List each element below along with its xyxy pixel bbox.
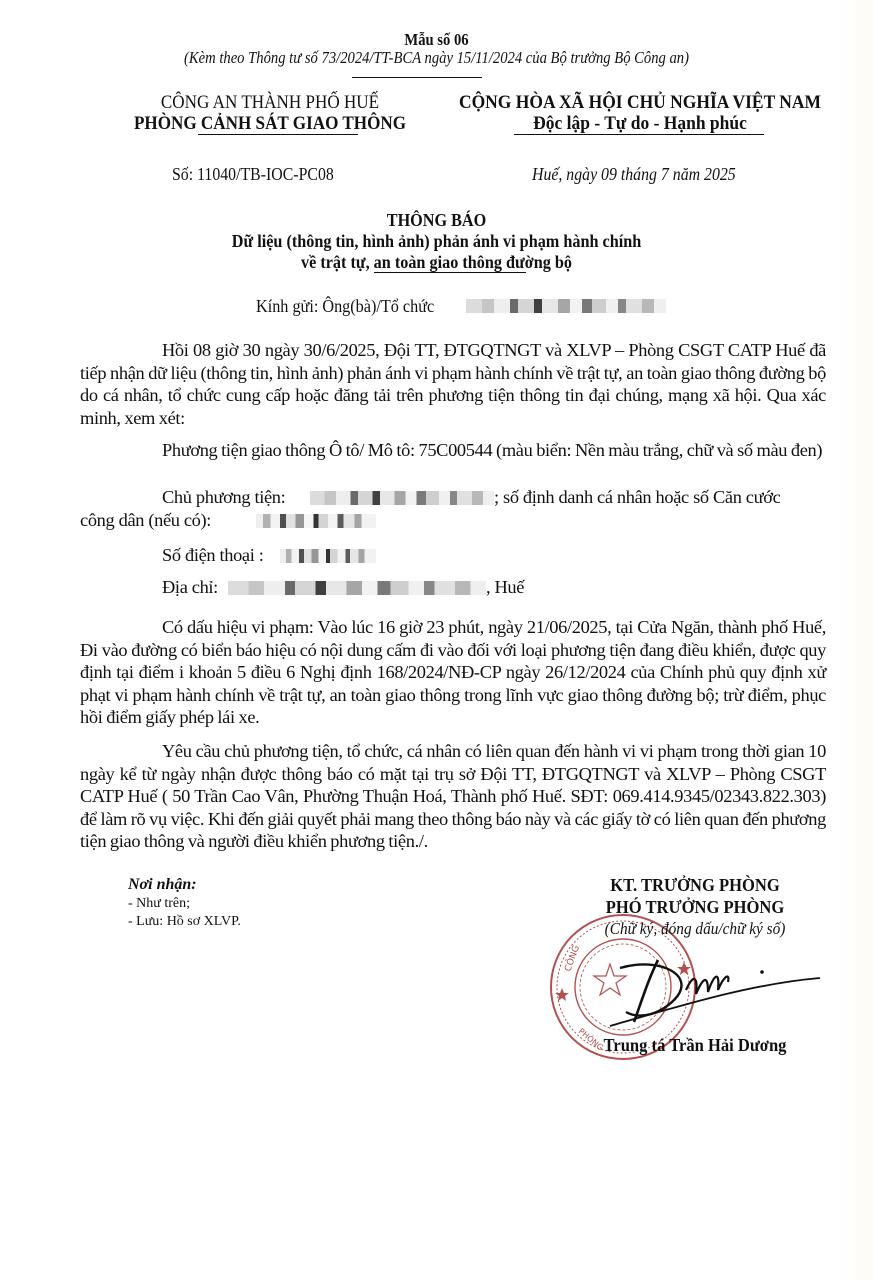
national-motto: Độc lập - Tự do - Hạnh phúc xyxy=(447,113,833,135)
redacted-owner-id xyxy=(256,514,376,528)
signer-name: Trung tá Trần Hải Dương xyxy=(552,1035,837,1056)
redacted-address xyxy=(228,581,486,595)
owner-id-label: ; số định danh cá nhân hoặc số Căn cước xyxy=(494,487,780,508)
document-page: Mẫu số 06 (Kèm theo Thông tư số 73/2024/… xyxy=(0,0,873,1280)
intro-paragraph: Hồi 08 giờ 30 ngày 30/6/2025, Đội TT, ĐT… xyxy=(80,339,826,429)
redacted-recipient-name xyxy=(466,299,666,313)
phone-label: Số điện thoại : xyxy=(162,545,264,566)
agency-parent: CÔNG AN THÀNH PHỐ HUẾ xyxy=(126,92,414,114)
owner-id-label-continued: công dân (nếu có): xyxy=(80,510,211,531)
divider xyxy=(352,77,482,78)
agency-name: PHÒNG CẢNH SÁT GIAO THÔNG xyxy=(117,113,423,135)
address-city: , Huế xyxy=(486,577,524,598)
divider xyxy=(374,272,526,273)
document-title: THÔNG BÁO xyxy=(44,210,830,231)
document-subtitle: về trật tự, an toàn giao thông đường bộ xyxy=(44,252,830,273)
violation-paragraph: Có dấu hiệu vi phạm: Vào lúc 16 giờ 23 p… xyxy=(80,616,826,729)
form-number: Mẫu số 06 xyxy=(61,30,812,50)
recipient-item: - Như trên; xyxy=(128,896,190,912)
address-label: Địa chỉ: xyxy=(162,577,218,598)
recipients-heading: Nơi nhận: xyxy=(128,876,197,894)
document-number: Số: 11040/TB-IOC-PC08 xyxy=(172,164,334,185)
recipient-label: Kính gửi: Ông(bà)/Tổ chức xyxy=(256,296,434,317)
document-subtitle: Dữ liệu (thông tin, hình ảnh) phản ánh v… xyxy=(44,231,830,252)
divider xyxy=(514,134,764,135)
redacted-phone xyxy=(280,549,376,563)
redacted-owner-name xyxy=(310,491,494,505)
national-title: CỘNG HÒA XÃ HỘI CHỦ NGHĨA VIỆT NAM xyxy=(447,92,833,114)
vehicle-paragraph: Phương tiện giao thông Ô tô/ Mô tô: 75C0… xyxy=(80,439,826,462)
owner-label: Chủ phương tiện: xyxy=(162,487,285,508)
signature-note: (Chữ ký, đóng dấu/chữ ký số) xyxy=(556,919,835,939)
signature-position: PHÓ TRƯỞNG PHÒNG xyxy=(552,897,837,918)
recipient-item: - Lưu: Hồ sơ XLVP. xyxy=(128,914,241,930)
divider xyxy=(198,134,358,135)
form-attachment-note: (Kèm theo Thông tư số 73/2024/TT-BCA ngà… xyxy=(61,48,812,68)
signature-title: KT. TRƯỞNG PHÒNG xyxy=(552,875,837,896)
request-paragraph: Yêu cầu chủ phương tiện, tổ chức, cá nhâ… xyxy=(80,740,826,853)
place-and-date: Huế, ngày 09 tháng 7 năm 2025 xyxy=(532,164,736,185)
handwritten-signature-icon xyxy=(590,950,830,1030)
